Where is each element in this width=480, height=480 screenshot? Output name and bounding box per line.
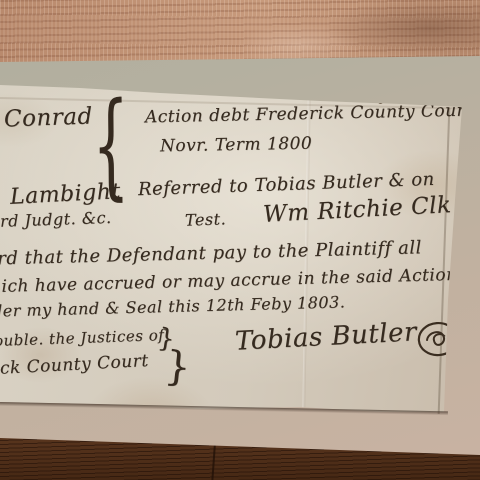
body-line-1: ard that the Defendant pay to the Plaint… (0, 239, 422, 269)
plaintiff-name: Conrad (4, 104, 93, 131)
caption-line-2: Novr. Term 1800 (160, 136, 313, 156)
signer-signature: Tobias Butler (234, 319, 417, 356)
caption-line-1: Action debt Frederick County Court (145, 103, 473, 128)
address-brace-2: } (163, 345, 193, 389)
defendant-name: Lambight (9, 180, 121, 209)
attestation-label: Test. (185, 211, 227, 229)
body-line-2: hich have accrued or may accrue in the s… (0, 267, 458, 297)
body-line-3: der my hand & Seal this 12th Feby 1803. (0, 294, 346, 320)
clerk-signature: Wm Ritchie Clk (262, 193, 452, 227)
address-line-1: ouble. the Justices of (0, 328, 165, 350)
document-photo: Conrad { Lambight ard Judgt. &c. Action … (0, 0, 480, 480)
address-line-2: ick County Court (0, 353, 149, 379)
award-note: ard Judgt. &c. (0, 210, 112, 231)
